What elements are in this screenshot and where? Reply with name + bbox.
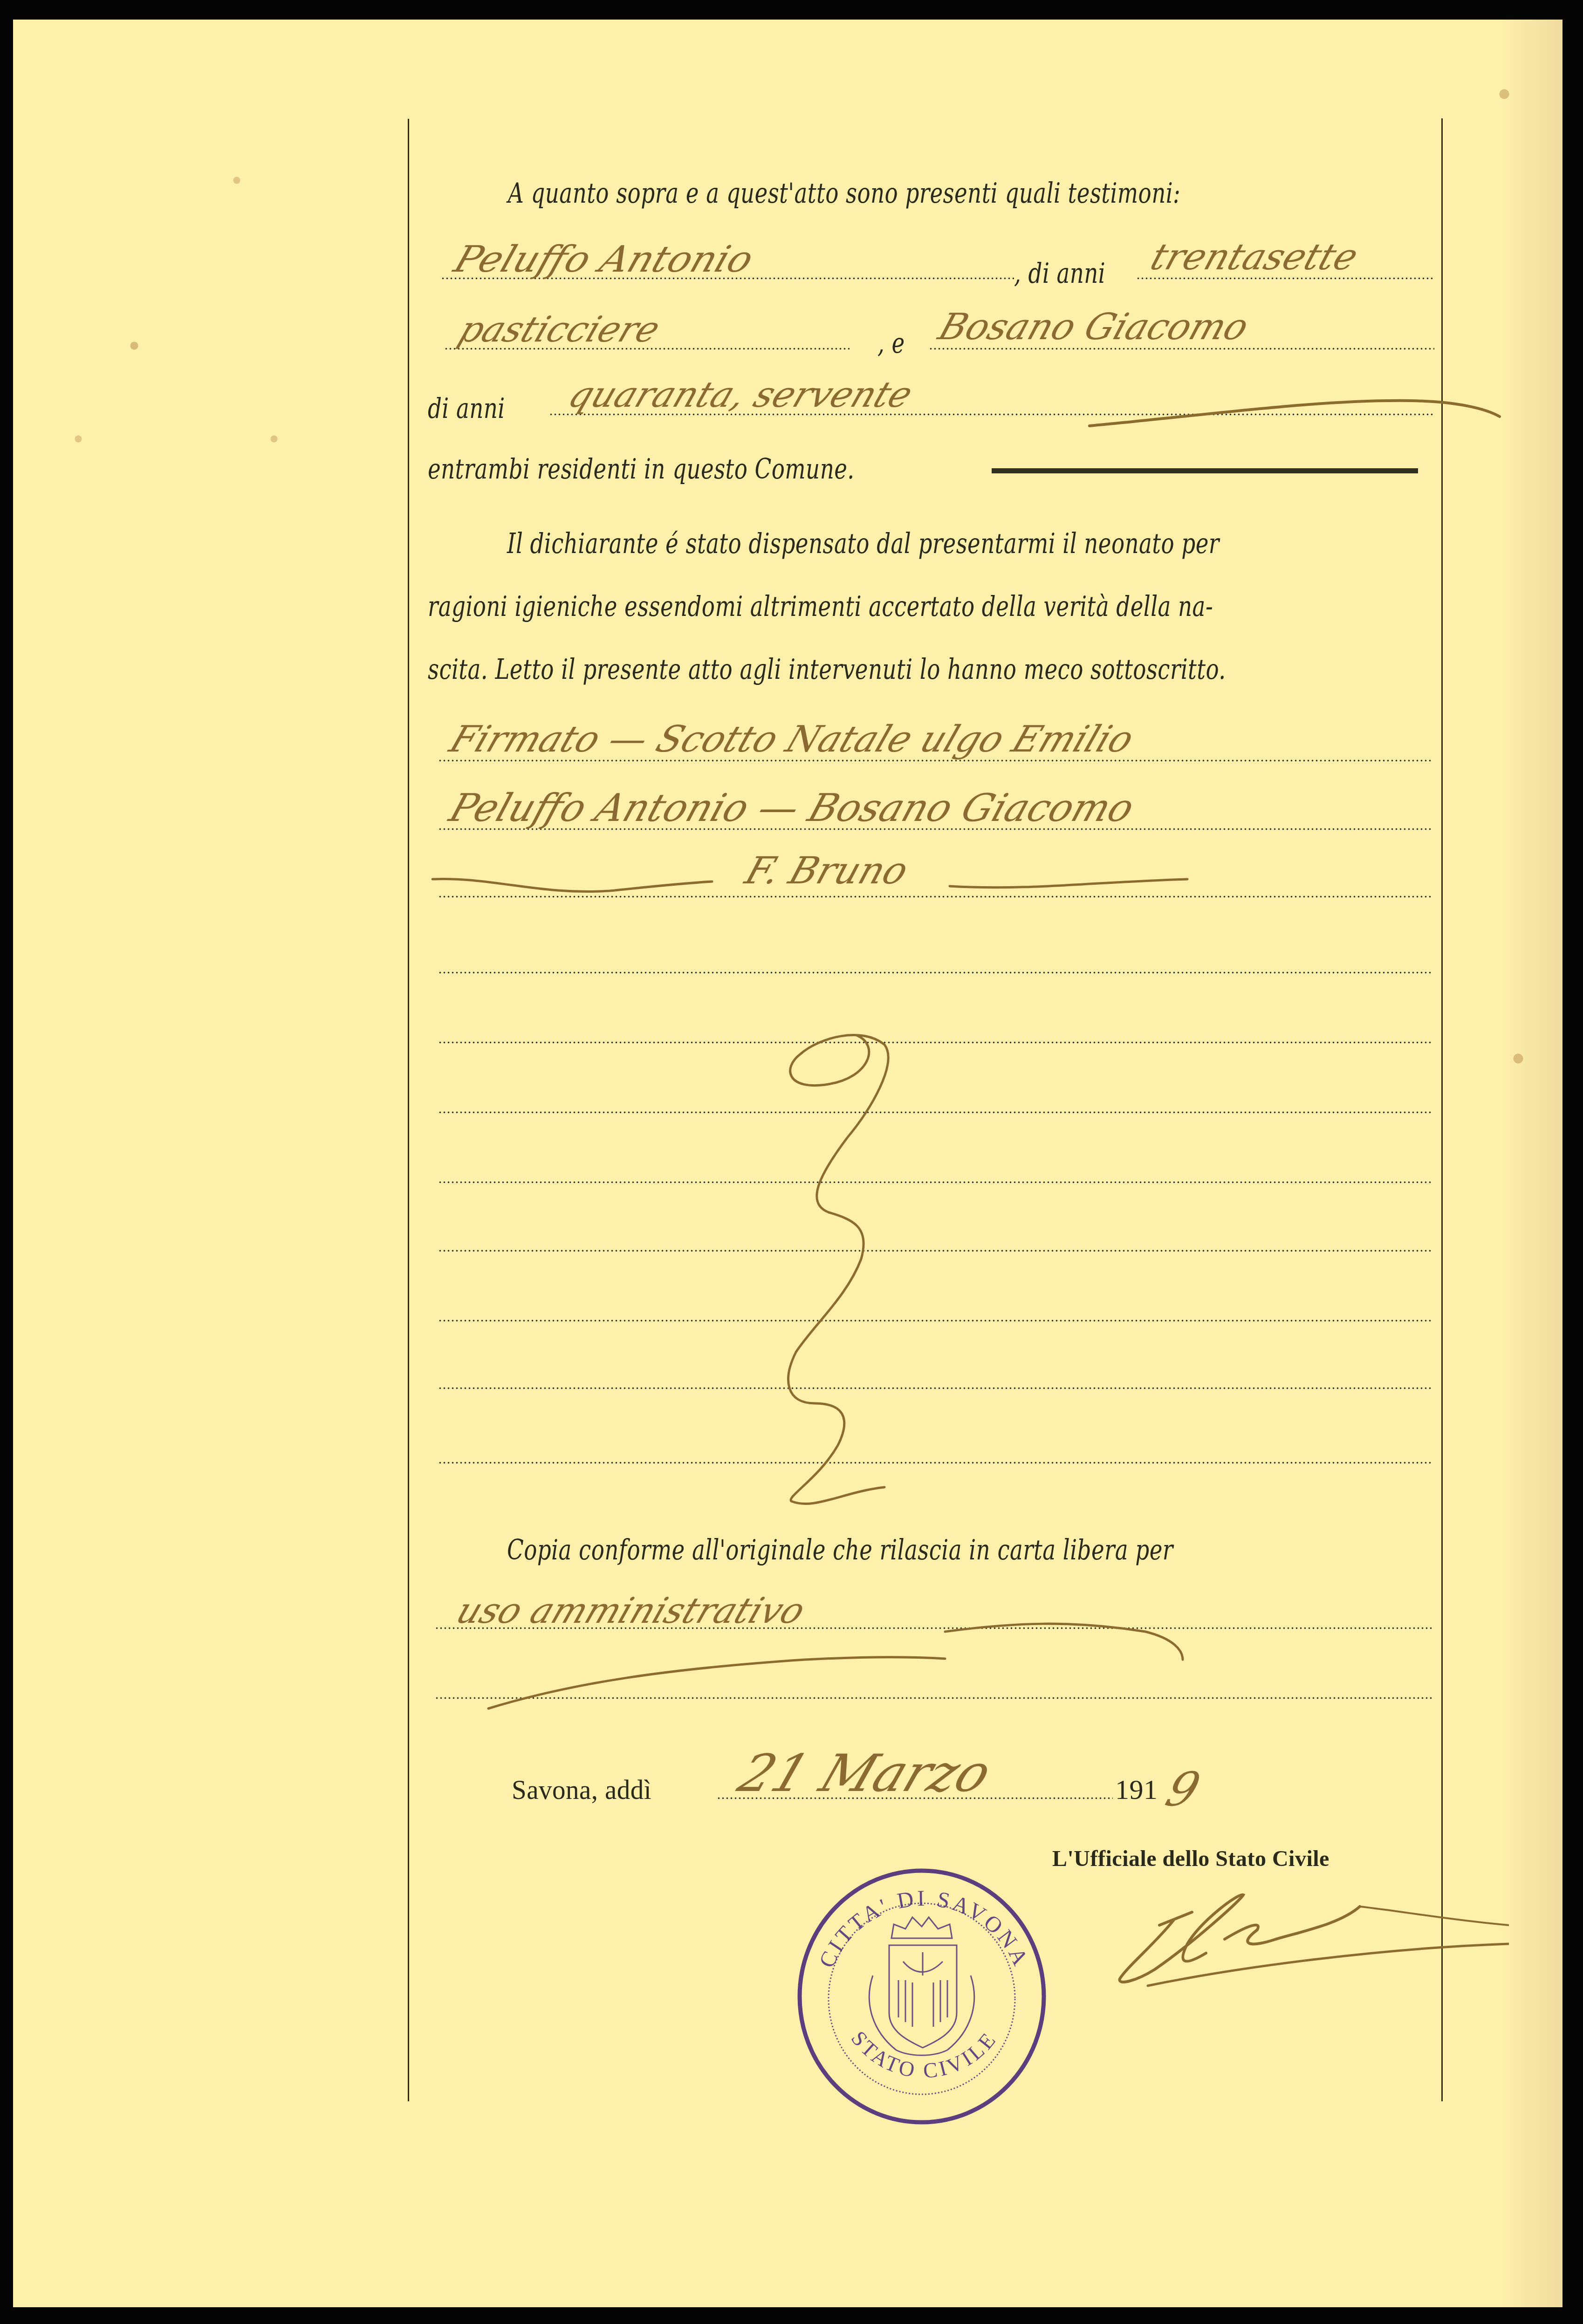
di-anni-label-1: , di anni bbox=[1014, 257, 1105, 290]
residents-closing-bar bbox=[992, 468, 1418, 473]
residents-text: entrambi residenti in questo Comune. bbox=[428, 453, 855, 485]
witnesses-intro-text: A quanto sopra e a quest'atto sono prese… bbox=[508, 177, 1180, 210]
officer-signature bbox=[1099, 1874, 1509, 1995]
signatures-line-2-handwritten: Peluffo Antonio — Bosano Giacomo bbox=[444, 786, 1139, 830]
left-margin-rule bbox=[408, 119, 409, 2101]
dispensation-line-1: Il dichiarante é stato dispensato dal pr… bbox=[507, 527, 1220, 560]
date-handwritten: 21 Marzo bbox=[731, 1743, 1000, 1803]
witness2-fill-stroke bbox=[1085, 397, 1504, 434]
signatures-line-1-handwritten: Firmato — Scotto Natale ulgo Emilio bbox=[444, 718, 1139, 760]
dispensation-line-3: scita. Letto il presente atto agli inter… bbox=[428, 653, 1226, 686]
year-digit-handwritten: 9 bbox=[1159, 1762, 1207, 1817]
witness2-age-job-handwritten: quaranta, servente bbox=[563, 374, 918, 415]
signatures-line-3-handwritten: F. Bruno bbox=[740, 849, 913, 892]
city-stamp: CITTA' DI SAVONA STATO CIVILE bbox=[789, 1864, 1055, 2129]
witness1-name-handwritten: Peluffo Antonio bbox=[449, 239, 759, 280]
witness1-job-handwritten: pasticciere bbox=[453, 308, 666, 350]
purpose-cross-stroke bbox=[479, 1650, 992, 1716]
coat-of-arms-icon bbox=[869, 1917, 974, 2055]
year-prefix-text: 191 bbox=[1115, 1774, 1158, 1806]
blank-dotline-1 bbox=[438, 971, 1433, 974]
conjunction-e-label: , e bbox=[877, 327, 905, 360]
dispensation-line-2: ragioni igieniche essendomi altrimenti a… bbox=[428, 590, 1213, 623]
di-anni-label-2: di anni bbox=[428, 392, 505, 425]
witness2-name-handwritten: Bosano Giacomo bbox=[933, 306, 1254, 348]
copy-statement-text: Copia conforme all'originale che rilasci… bbox=[507, 1534, 1173, 1566]
witness1-age-handwritten: trentasette bbox=[1145, 236, 1363, 278]
officer-title-text: L'Ufficiale dello Stato Civile bbox=[1052, 1846, 1329, 1872]
signatures-flourish bbox=[423, 858, 1448, 905]
place-prefix-text: Savona, addì bbox=[512, 1774, 651, 1806]
civil-record-page: A quanto sopra e a quest'atto sono prese… bbox=[13, 20, 1562, 2307]
cancellation-squiggle bbox=[731, 1017, 964, 1511]
